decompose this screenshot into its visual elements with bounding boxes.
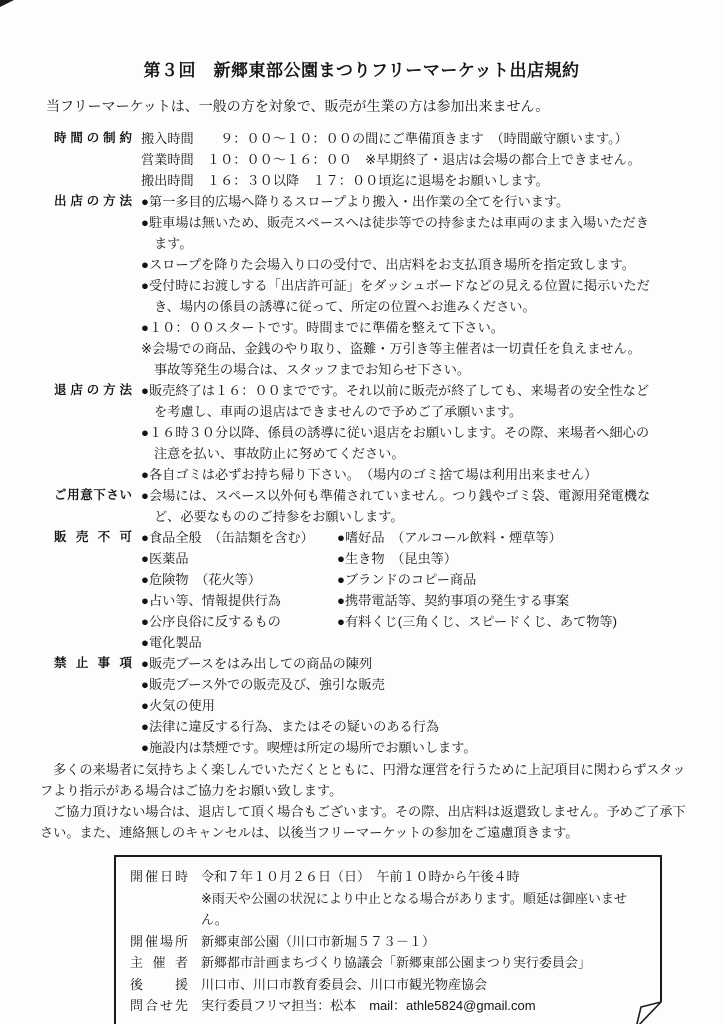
info-row: 開催日時令和７年１０月２６日（日） 午前１０時から午後４時 bbox=[130, 866, 650, 888]
event-info-rows: 開催日時令和７年１０月２６日（日） 午前１０時から午後４時※雨天や公園の状況によ… bbox=[130, 866, 650, 1017]
info-row: 開催場所新郷東部公園（川口市新堀５７３－１） bbox=[130, 931, 650, 953]
section-content: ●販売終了は１６：００までです。それ以前に販売が終了しても、来場者の安全性などを… bbox=[141, 380, 687, 485]
info-row: 問合せ先実行委員フリマ担当：松本 mail：athle5824@gmail.co… bbox=[130, 995, 650, 1017]
section-content: ●販売ブースをはみ出しての商品の陳列●販売ブース外での販売及び、強引な販売●火気… bbox=[141, 653, 687, 758]
info-label bbox=[130, 888, 188, 931]
rule-item-right bbox=[337, 632, 687, 653]
section-label: 禁止事項 bbox=[54, 653, 132, 674]
rule-line: ●法律に違反する行為、またはその疑いのある行為 bbox=[141, 716, 687, 737]
rule-item-left: ●危険物 （花火等） bbox=[141, 569, 337, 590]
rule-line: ●公序良俗に反するもの●有料くじ(三角くじ、スピードくじ、あて物等) bbox=[141, 611, 687, 632]
rule-line: ど、必要なもののご持参をお願いします。 bbox=[141, 506, 687, 527]
closing-paragraph: ご協力頂けない場合は、退店して頂く場合もございます。その際、出店料は返還致しませ… bbox=[40, 801, 689, 843]
rule-section: 退店の方法●販売終了は１６：００までです。それ以前に販売が終了しても、来場者の安… bbox=[54, 380, 687, 485]
rule-section: 時間の制約搬入時間 ９：００～１０：００の間にご準備頂きます （時間厳守願います… bbox=[54, 128, 687, 191]
rule-line: ●販売ブース外での販売及び、強引な販売 bbox=[141, 674, 687, 695]
rule-line: ●１０：００スタートです。時間までに準備を整えて下さい。 bbox=[141, 317, 687, 338]
rule-line: 事故等発生の場合は、スタッフまでお知らせ下さい。 bbox=[141, 359, 687, 380]
scan-artifact-mark bbox=[0, 0, 14, 7]
rule-line: ●危険物 （花火等）●ブランドのコピー商品 bbox=[141, 569, 687, 590]
rule-section: 出店の方法●第一多目的広場へ降りるスロープより搬入・出作業の全てを行います。●駐… bbox=[54, 191, 687, 380]
rule-line: ●各自ゴミは必ずお持ち帰り下さい。 （場内のゴミ捨て場は利用出来ません） bbox=[141, 464, 687, 485]
rule-section: ご用意下さい●会場には、スペース以外何も準備されていません。つり銭やゴミ袋、電源… bbox=[54, 485, 687, 527]
rule-line: ●電化製品 bbox=[141, 632, 687, 653]
event-info-box: 開催日時令和７年１０月２６日（日） 午前１０時から午後４時※雨天や公園の状況によ… bbox=[114, 855, 662, 1024]
section-label: 時間の制約 bbox=[54, 128, 132, 149]
rule-item-left: ●電化製品 bbox=[141, 632, 337, 653]
rule-line: 営業時間 １０：００～１６：００ ※早期終了・退店は会場の都合上できません。 bbox=[141, 149, 687, 170]
section-label: 販売不可 bbox=[54, 527, 132, 548]
rule-line: を考慮し、車両の退店はできませんので予めご了承願います。 bbox=[141, 401, 687, 422]
rule-line: ●食品全般 （缶詰類を含む）●嗜好品 （アルコール飲料・煙草等） bbox=[141, 527, 687, 548]
rules-sections: 時間の制約搬入時間 ９：００～１０：００の間にご準備頂きます （時間厳守願います… bbox=[54, 128, 687, 758]
section-content: ●食品全般 （缶詰類を含む）●嗜好品 （アルコール飲料・煙草等）●医薬品●生き物… bbox=[141, 527, 687, 653]
rule-line: ●１６時３０分以降、係員の誘導に従い退店をお願いします。その際、来場者へ細心の bbox=[141, 422, 687, 443]
info-value: 実行委員フリマ担当：松本 mail：athle5824@gmail.com bbox=[201, 995, 650, 1017]
info-value: 新郷東部公園（川口市新堀５７３－１） bbox=[201, 931, 650, 953]
rule-item-right: ●ブランドのコピー商品 bbox=[337, 569, 687, 590]
intro-text: 当フリーマーケットは、一般の方を対象で、販売が生業の方は参加出来ません。 bbox=[46, 96, 683, 117]
section-label: ご用意下さい bbox=[54, 485, 132, 506]
section-content: ●会場には、スペース以外何も準備されていません。つり銭やゴミ袋、電源用発電機など… bbox=[141, 485, 687, 527]
section-label: 退店の方法 bbox=[54, 380, 132, 401]
section-content: ●第一多目的広場へ降りるスロープより搬入・出作業の全てを行います。●駐車場は無い… bbox=[141, 191, 687, 380]
info-label: 主催者 bbox=[130, 952, 188, 974]
rule-item-left: ●医薬品 bbox=[141, 548, 337, 569]
page-title: 第３回 新郷東部公園まつりフリーマーケット出店規約 bbox=[0, 0, 723, 81]
rule-item-left: ●公序良俗に反するもの bbox=[141, 611, 337, 632]
rule-line: ●会場には、スペース以外何も準備されていません。つり銭やゴミ袋、電源用発電機な bbox=[141, 485, 687, 506]
rule-line: ※会場での商品、金銭のやり取り、盗難・万引き等主催者は一切責任を負えません。 bbox=[141, 338, 687, 359]
info-value: ※雨天や公園の状況により中止となる場合があります。順延は御座いません。 bbox=[201, 888, 650, 931]
rule-line: ●施設内は禁煙です。喫煙は所定の場所でお願いします。 bbox=[141, 737, 687, 758]
document-page: 第３回 新郷東部公園まつりフリーマーケット出店規約 当フリーマーケットは、一般の… bbox=[0, 0, 723, 1024]
rule-section: 禁止事項●販売ブースをはみ出しての商品の陳列●販売ブース外での販売及び、強引な販… bbox=[54, 653, 687, 758]
page-curl-icon bbox=[624, 992, 662, 1024]
info-value: 川口市、川口市教育委員会、川口市観光物産協会 bbox=[201, 974, 650, 996]
info-row: 主催者新郷都市計画まちづくり協議会「新郷東部公園まつり実行委員会」 bbox=[130, 952, 650, 974]
info-value: 令和７年１０月２６日（日） 午前１０時から午後４時 bbox=[201, 866, 650, 888]
rule-line: 注意を払い、事故防止に努めてください。 bbox=[141, 443, 687, 464]
rule-line: ●第一多目的広場へ降りるスロープより搬入・出作業の全てを行います。 bbox=[141, 191, 687, 212]
rule-section: 販売不可●食品全般 （缶詰類を含む）●嗜好品 （アルコール飲料・煙草等）●医薬品… bbox=[54, 527, 687, 653]
info-label: 開催場所 bbox=[130, 931, 188, 953]
rule-line: ●受付時にお渡しする「出店許可証」をダッシュボードなどの見える位置に掲示いただ bbox=[141, 275, 687, 296]
rule-item-left: ●食品全般 （缶詰類を含む） bbox=[141, 527, 337, 548]
section-content: 搬入時間 ９：００～１０：００の間にご準備頂きます （時間厳守願います。）営業時… bbox=[141, 128, 687, 191]
section-label: 出店の方法 bbox=[54, 191, 132, 212]
rule-item-left: ●占い等、情報提供行為 bbox=[141, 590, 337, 611]
rule-line: 搬入時間 ９：００～１０：００の間にご準備頂きます （時間厳守願います。） bbox=[141, 128, 687, 149]
rule-line: ●販売ブースをはみ出しての商品の陳列 bbox=[141, 653, 687, 674]
rule-item-right: ●生き物 （昆虫等） bbox=[337, 548, 687, 569]
rule-line: ●駐車場は無いため、販売スペースへは徒歩等での持参または車両のまま入場いただき bbox=[141, 212, 687, 233]
rule-line: ●医薬品●生き物 （昆虫等） bbox=[141, 548, 687, 569]
closing-paragraph: 多くの来場者に気持ちよく楽しんでいただくとともに、円滑な運営を行うために上記項目… bbox=[40, 759, 689, 801]
rule-line: ●占い等、情報提供行為●携帯電話等、契約事項の発生する事案 bbox=[141, 590, 687, 611]
rule-item-right: ●携帯電話等、契約事項の発生する事案 bbox=[337, 590, 687, 611]
closing-paragraphs: 多くの来場者に気持ちよく楽しんでいただくとともに、円滑な運営を行うために上記項目… bbox=[40, 759, 689, 843]
rule-line: 搬出時間 １６：３０以降 １７：００頃迄に退場をお願いします。 bbox=[141, 170, 687, 191]
rule-line: ●火気の使用 bbox=[141, 695, 687, 716]
rule-line: ます。 bbox=[141, 233, 687, 254]
rule-item-right: ●嗜好品 （アルコール飲料・煙草等） bbox=[337, 527, 687, 548]
info-row: ※雨天や公園の状況により中止となる場合があります。順延は御座いません。 bbox=[130, 888, 650, 931]
info-label: 後援 bbox=[130, 974, 188, 996]
info-label: 開催日時 bbox=[130, 866, 188, 888]
rule-line: ●スロープを降りた会場入り口の受付で、出店料をお支払頂き場所を指定致します。 bbox=[141, 254, 687, 275]
info-label: 問合せ先 bbox=[130, 995, 188, 1017]
info-value: 新郷都市計画まちづくり協議会「新郷東部公園まつり実行委員会」 bbox=[201, 952, 650, 974]
rule-item-right: ●有料くじ(三角くじ、スピードくじ、あて物等) bbox=[337, 611, 687, 632]
info-row: 後援川口市、川口市教育委員会、川口市観光物産協会 bbox=[130, 974, 650, 996]
rule-line: き、場内の係員の誘導に従って、所定の位置へお進みください。 bbox=[141, 296, 687, 317]
rule-line: ●販売終了は１６：００までです。それ以前に販売が終了しても、来場者の安全性など bbox=[141, 380, 687, 401]
